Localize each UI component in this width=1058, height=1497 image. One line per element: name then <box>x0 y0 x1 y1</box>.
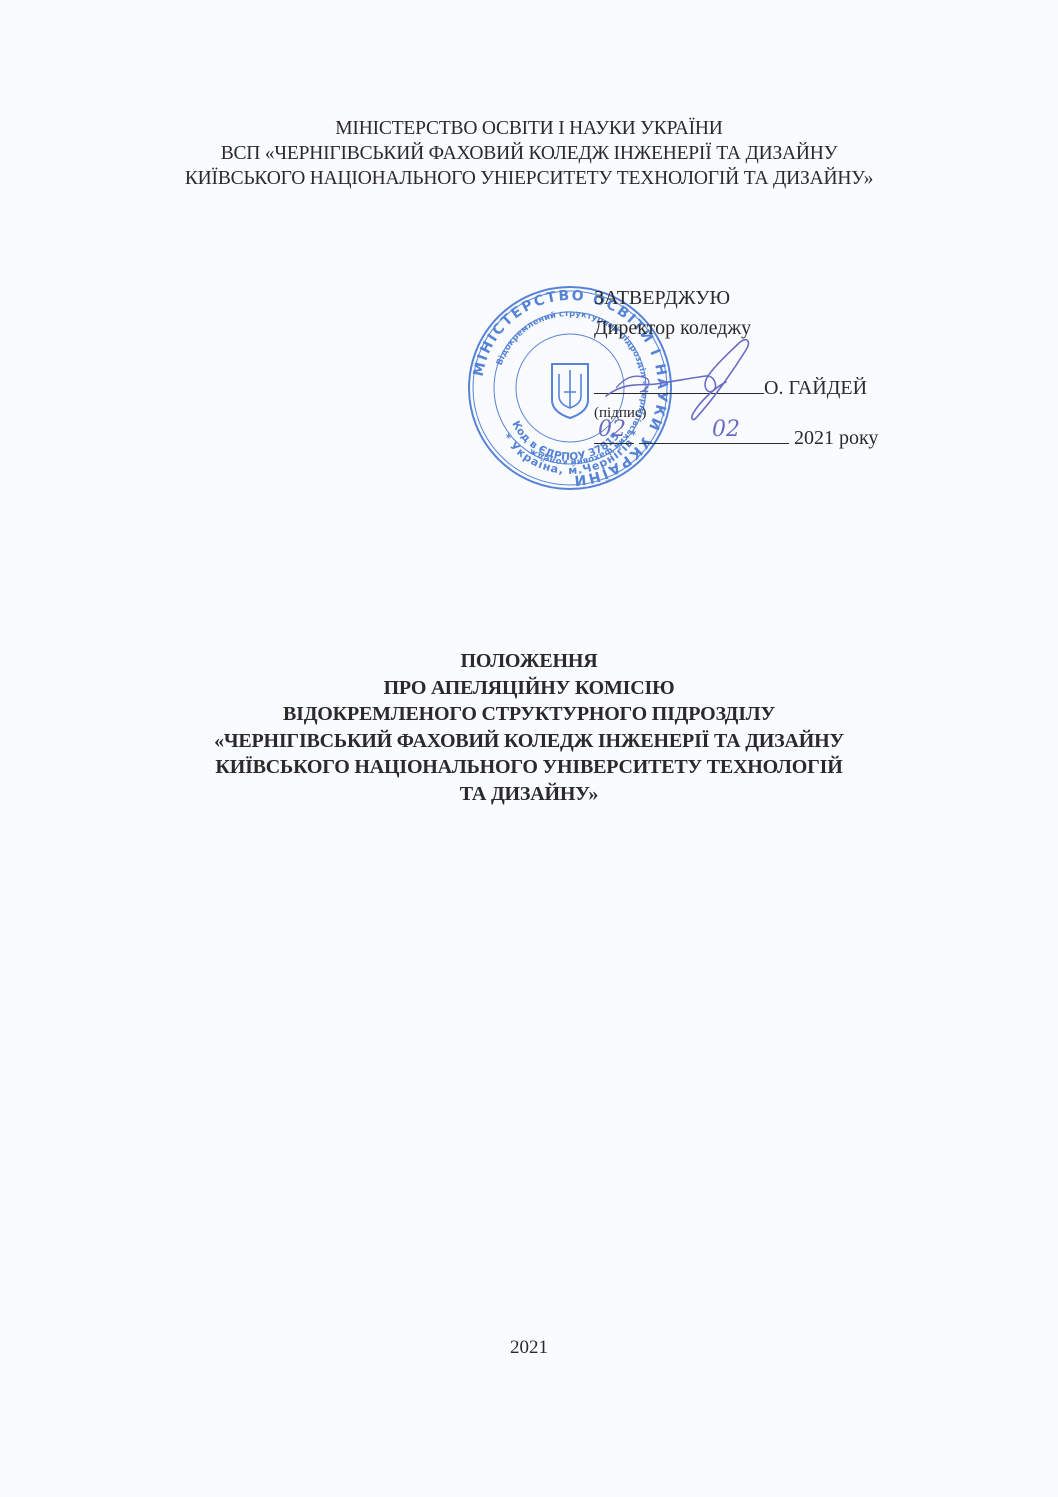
document-title: ПОЛОЖЕННЯ ПРО АПЕЛЯЦІЙНУ КОМІСІЮ ВІДОКРЕ… <box>0 648 1058 807</box>
document-year: 2021 <box>0 1337 1058 1359</box>
signature-icon <box>596 326 776 426</box>
date-suffix: 2021 року <box>794 427 878 449</box>
title-line: «ЧЕРНІГІВСЬКИЙ ФАХОВИЙ КОЛЕДЖ ІНЖЕНЕРІЇ … <box>0 728 1058 755</box>
signatory-name: О. ГАЙДЕЙ <box>764 377 867 399</box>
title-line: ПОЛОЖЕННЯ <box>0 648 1058 675</box>
header-line: ВСП «ЧЕРНІГІВСЬКИЙ ФАХОВИЙ КОЛЕДЖ ІНЖЕНЕ… <box>0 141 1058 166</box>
document-page: МІНІСТЕРСТВО ОСВІТИ І НАУКИ УКРАЇНИ ВСП … <box>0 0 1058 1497</box>
title-line: ПРО АПЕЛЯЦІЙНУ КОМІСІЮ <box>0 675 1058 702</box>
title-line: ТА ДИЗАЙНУ» <box>0 781 1058 808</box>
approve-label: ЗАТВЕРДЖУЮ <box>594 284 730 312</box>
title-line: ВІДОКРЕМЛЕНОГО СТРУКТУРНОГО ПІДРОЗДІЛУ <box>0 701 1058 728</box>
title-line: КИЇВСЬКОГО НАЦІОНАЛЬНОГО УНІВЕРСИТЕТУ ТЕ… <box>0 754 1058 781</box>
header-line: КИЇВСЬКОГО НАЦІОНАЛЬНОГО УНІЕРСИТЕТУ ТЕХ… <box>0 166 1058 191</box>
header-line: МІНІСТЕРСТВО ОСВІТИ І НАУКИ УКРАЇНИ <box>0 116 1058 141</box>
ministry-header: МІНІСТЕРСТВО ОСВІТИ І НАУКИ УКРАЇНИ ВСП … <box>0 116 1058 191</box>
